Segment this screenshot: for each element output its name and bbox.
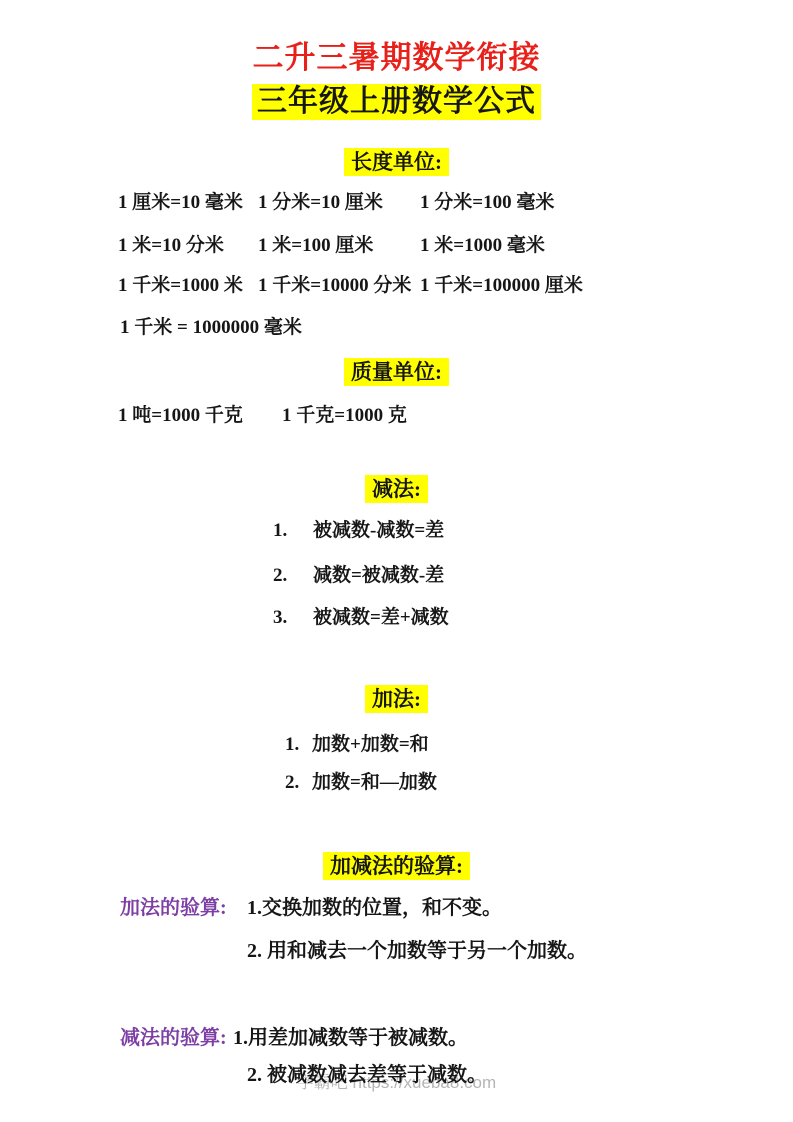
formula: 1 吨=1000 千克 — [118, 403, 282, 429]
addition-check-row: 加法的验算: 1.交换加数的位置，和不变。 — [0, 895, 793, 921]
list-item: 2. 减数=被减数-差 — [0, 563, 793, 589]
formula: 被减数-减数=差 — [313, 518, 444, 544]
list-item: 1. 被减数-减数=差 — [0, 518, 793, 544]
formula: 1 千米 = 1000000 毫米 — [120, 317, 302, 338]
formula: 1 厘米=10 毫米 — [118, 190, 258, 216]
list-item: 3. 被减数=差+减数 — [0, 605, 793, 631]
list-number: 1. — [273, 518, 313, 544]
subtraction-check-label: 减法的验算: — [120, 1025, 233, 1051]
section-heading-verification-row: 加减法的验算: — [0, 852, 793, 882]
page-subtitle-row: 三年级上册数学公式 — [0, 84, 793, 120]
addition-check-line2: 2. 用和减去一个加数等于另一个加数。 — [0, 938, 793, 964]
page-subtitle: 三年级上册数学公式 — [252, 84, 541, 120]
list-number: 2. — [285, 770, 312, 796]
section-heading-length-row: 长度单位: — [0, 148, 793, 178]
section-heading-subtraction-row: 减法: — [0, 475, 793, 505]
subtraction-check-row: 减法的验算: 1.用差加减数等于被减数。 — [0, 1025, 793, 1051]
list-item: 1. 加数+加数=和 — [0, 732, 793, 758]
check-text: 2. 用和减去一个加数等于另一个加数。 — [247, 940, 587, 962]
length-row-4: 1 千米 = 1000000 毫米 — [0, 315, 793, 341]
formula: 1 米=10 分米 — [118, 233, 258, 259]
formula: 1 千米=100000 厘米 — [420, 273, 793, 299]
formula: 被减数=差+减数 — [313, 605, 449, 631]
check-text: 2. 被减数减去差等于减数。 — [247, 1064, 487, 1086]
formula: 1 米=100 厘米 — [258, 233, 420, 259]
mass-row-1: 1 吨=1000 千克 1 千克=1000 克 — [0, 403, 793, 429]
check-text: 1.用差加减数等于被减数。 — [233, 1025, 468, 1051]
formula: 减数=被减数-差 — [313, 563, 444, 589]
check-text: 1.交换加数的位置，和不变。 — [247, 895, 502, 921]
list-item: 2. 加数=和—加数 — [0, 770, 793, 796]
page-title: 二升三暑期数学衔接 — [0, 40, 793, 76]
section-heading-addition: 加法: — [365, 685, 428, 713]
list-number: 3. — [273, 605, 313, 631]
formula: 1 千米=10000 分米 — [258, 273, 420, 299]
list-number: 2. — [273, 563, 313, 589]
formula: 1 米=1000 毫米 — [420, 233, 793, 259]
formula: 1 分米=10 厘米 — [258, 190, 420, 216]
section-heading-addition-row: 加法: — [0, 685, 793, 715]
formula: 加数+加数=和 — [312, 732, 429, 758]
section-heading-length: 长度单位: — [344, 148, 449, 176]
document-page: 学霸吧 https://xueba8.com 二升三暑期数学衔接 三年级上册数学… — [0, 0, 793, 1122]
section-heading-mass-row: 质量单位: — [0, 358, 793, 388]
length-row-3: 1 千米=1000 米 1 千米=10000 分米 1 千米=100000 厘米 — [0, 273, 793, 299]
length-row-2: 1 米=10 分米 1 米=100 厘米 1 米=1000 毫米 — [0, 233, 793, 259]
formula: 1 千克=1000 克 — [282, 403, 793, 429]
list-number: 1. — [285, 732, 312, 758]
section-heading-mass: 质量单位: — [344, 358, 449, 386]
section-heading-subtraction: 减法: — [365, 475, 428, 503]
section-heading-verification: 加减法的验算: — [323, 852, 470, 880]
length-row-1: 1 厘米=10 毫米 1 分米=10 厘米 1 分米=100 毫米 — [0, 190, 793, 216]
formula: 1 分米=100 毫米 — [420, 190, 793, 216]
formula: 加数=和—加数 — [312, 770, 437, 796]
addition-check-label: 加法的验算: — [120, 895, 247, 921]
subtraction-check-line2: 2. 被减数减去差等于减数。 — [0, 1062, 793, 1088]
formula: 1 千米=1000 米 — [118, 273, 258, 299]
document-content: 二升三暑期数学衔接 三年级上册数学公式 长度单位: 1 厘米=10 毫米 1 分… — [0, 0, 793, 1088]
